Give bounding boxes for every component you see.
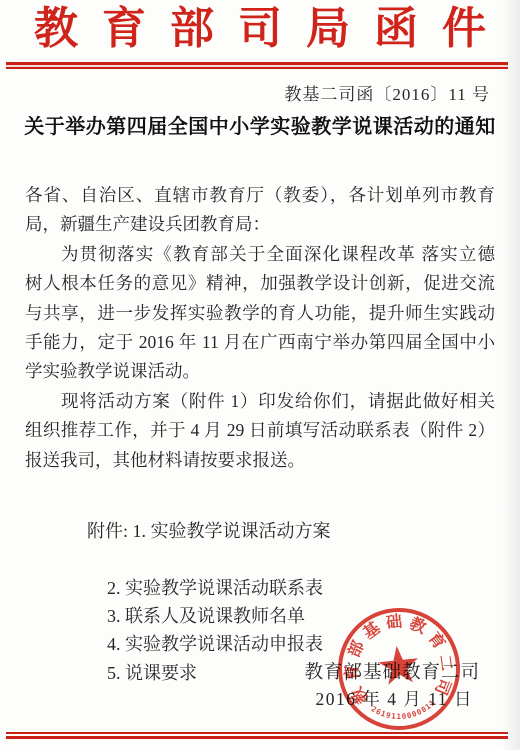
attachments-label: 附件: bbox=[87, 521, 128, 541]
seal-arc-text: 教育部基础教育二司 bbox=[332, 602, 453, 615]
attachments-list: 附件: 1. 实验教学说课活动方案 2. 实验教学说课活动联系表 3. 联系人及… bbox=[60, 489, 331, 687]
red-divider-top bbox=[6, 62, 508, 69]
addressee-line: 局，新疆生产建设兵团教育局： bbox=[25, 210, 495, 239]
body-line: 与共享，进一步发挥实验教学的育人功能，提升师生实践动 bbox=[25, 299, 495, 328]
addressee-line: 各省、自治区、直辖市教育厅（教委），各计划单列市教育 bbox=[25, 181, 495, 210]
attachment-item: 3. 联系人及说课教师名单 bbox=[60, 606, 305, 626]
document-title: 关于举办第四届全国中小学实验教学说课活动的通知 bbox=[0, 110, 520, 139]
body-line: 报送我司，其他材料请按要求报送。 bbox=[25, 446, 495, 475]
signature-block: 教育部基础教育二司 2016 年 4 月 11 日 bbox=[304, 660, 480, 712]
attachment-item: 4. 实验教学说课活动申报表 bbox=[60, 634, 323, 654]
attachment-item: 2. 实验教学说课活动联系表 bbox=[60, 578, 323, 598]
document-body: 各省、自治区、直辖市教育厅（教委），各计划单列市教育 局，新疆生产建设兵团教育局… bbox=[25, 181, 495, 475]
seal-serial-number: 1100000119162 bbox=[332, 602, 453, 615]
red-divider-bottom bbox=[6, 732, 508, 739]
body-line: 树人根本任务的意见》精神，加强教学设计创新，促进交流 bbox=[25, 269, 495, 298]
document-page: 教育部司局函件 教基二司函〔2016〕11 号 关于举办第四届全国中小学实验教学… bbox=[0, 0, 520, 750]
signature-department: 教育部基础教育二司 bbox=[304, 660, 480, 686]
signature-date: 2016 年 4 月 11 日 bbox=[304, 686, 480, 712]
body-line: 组织推荐工作，并于 4 月 29 日前填写活动联系表（附件 2） bbox=[25, 416, 495, 445]
red-divider-top-thin-line bbox=[6, 67, 508, 69]
document-header-title: 教育部司局函件 bbox=[0, 4, 520, 54]
body-line: 为贯彻落实《教育部关于全面深化课程改革 落实立德 bbox=[25, 240, 495, 269]
body-line: 现将活动方案（附件 1）印发给你们，请据此做好相关 bbox=[25, 387, 495, 416]
document-number: 教基二司函〔2016〕11 号 bbox=[284, 80, 490, 105]
body-line: 手能力，定于 2016 年 11 月在广西南宁举办第四届全国中小 bbox=[25, 328, 495, 357]
attachment-item: 1. 实验教学说课活动方案 bbox=[133, 521, 331, 541]
body-line: 学实验教学说课活动。 bbox=[25, 357, 495, 386]
attachment-item: 5. 说课要求 bbox=[60, 663, 197, 683]
red-divider-bottom-thick-line bbox=[6, 736, 508, 739]
